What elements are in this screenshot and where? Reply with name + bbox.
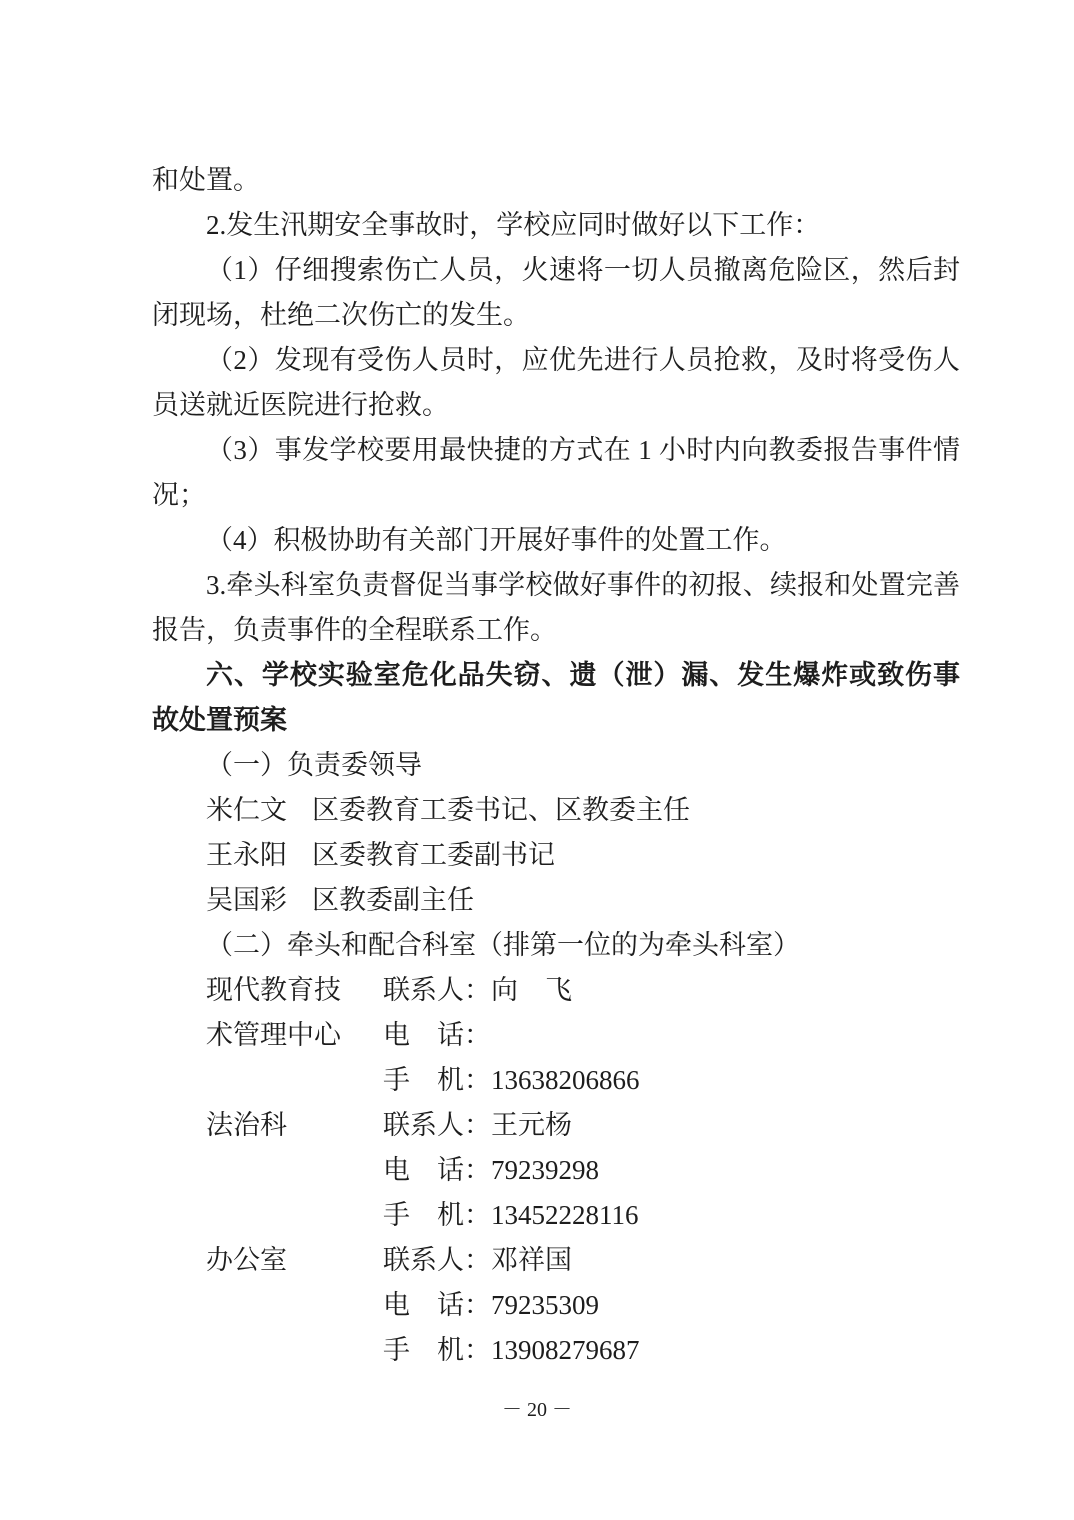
leader-title: 区教委副主任	[312, 878, 960, 923]
page-number: － 20 －	[0, 1394, 1074, 1426]
leader-name: 吴国彩	[206, 878, 287, 923]
leader-title: 区委教育工委副书记	[312, 833, 960, 878]
leader-row: 米仁文 区委教育工委书记、区教委主任	[206, 788, 960, 833]
contact-row: 法治科 联系人：王元杨 电 话：79239298 手 机：13452228116	[206, 1103, 960, 1238]
subsection-title-leaders: （一）负责委领导	[152, 743, 960, 788]
contact-phone-line: 电 话：79235309	[383, 1283, 960, 1328]
document-page: 和处置。 2.发生汛期安全事故时，学校应同时做好以下工作： （1）仔细搜索伤亡人…	[0, 0, 1074, 1520]
leader-row: 吴国彩 区教委副主任	[206, 878, 960, 923]
leader-title: 区委教育工委书记、区教委主任	[312, 788, 960, 833]
contact-mobile-line: 手 机：13638206866	[383, 1058, 960, 1103]
paragraph: （1）仔细搜索伤亡人员，火速将一切人员撤离危险区，然后封闭现场，杜绝二次伤亡的发…	[152, 248, 960, 338]
contact-lines: 联系人：邓祥国 电 话：79235309 手 机：13908279687	[383, 1238, 960, 1373]
contact-person-line: 联系人：向 飞	[383, 968, 960, 1013]
contact-row: 现代教育技术管理中心 联系人：向 飞 电 话： 手 机：13638206866	[206, 968, 960, 1103]
paragraph: （3）事发学校要用最快捷的方式在 1 小时内向教委报告事件情况；	[152, 428, 960, 518]
paragraph: 2.发生汛期安全事故时，学校应同时做好以下工作：	[152, 203, 960, 248]
contact-phone-line: 电 话：79239298	[383, 1148, 960, 1193]
department-name: 现代教育技术管理中心	[206, 968, 356, 1058]
department-name: 法治科	[206, 1103, 356, 1148]
subsection-title-offices: （二）牵头和配合科室（排第一位的为牵头科室）	[152, 923, 960, 968]
leader-row: 王永阳 区委教育工委副书记	[206, 833, 960, 878]
contact-mobile-line: 手 机：13908279687	[383, 1328, 960, 1373]
contact-person-line: 联系人：邓祥国	[383, 1238, 960, 1283]
leader-name: 米仁文	[206, 788, 287, 833]
contact-lines: 联系人：向 飞 电 话： 手 机：13638206866	[383, 968, 960, 1103]
contact-row: 办公室 联系人：邓祥国 电 话：79235309 手 机：13908279687	[206, 1238, 960, 1373]
contact-lines: 联系人：王元杨 电 话：79239298 手 机：13452228116	[383, 1103, 960, 1238]
paragraph-continued: 和处置。	[152, 158, 960, 203]
contact-person-line: 联系人：王元杨	[383, 1103, 960, 1148]
department-name: 办公室	[206, 1238, 356, 1283]
contact-mobile-line: 手 机：13452228116	[383, 1193, 960, 1238]
paragraph: （2）发现有受伤人员时，应优先进行人员抢救，及时将受伤人员送就近医院进行抢救。	[152, 338, 960, 428]
section-heading: 六、学校实验室危化品失窃、遗（泄）漏、发生爆炸或致伤事故处置预案	[152, 653, 960, 743]
leader-name: 王永阳	[206, 833, 287, 878]
paragraph: 3.牵头科室负责督促当事学校做好事件的初报、续报和处置完善报告，负责事件的全程联…	[152, 563, 960, 653]
contact-phone-line: 电 话：	[383, 1013, 960, 1058]
paragraph: （4）积极协助有关部门开展好事件的处置工作。	[152, 518, 960, 563]
